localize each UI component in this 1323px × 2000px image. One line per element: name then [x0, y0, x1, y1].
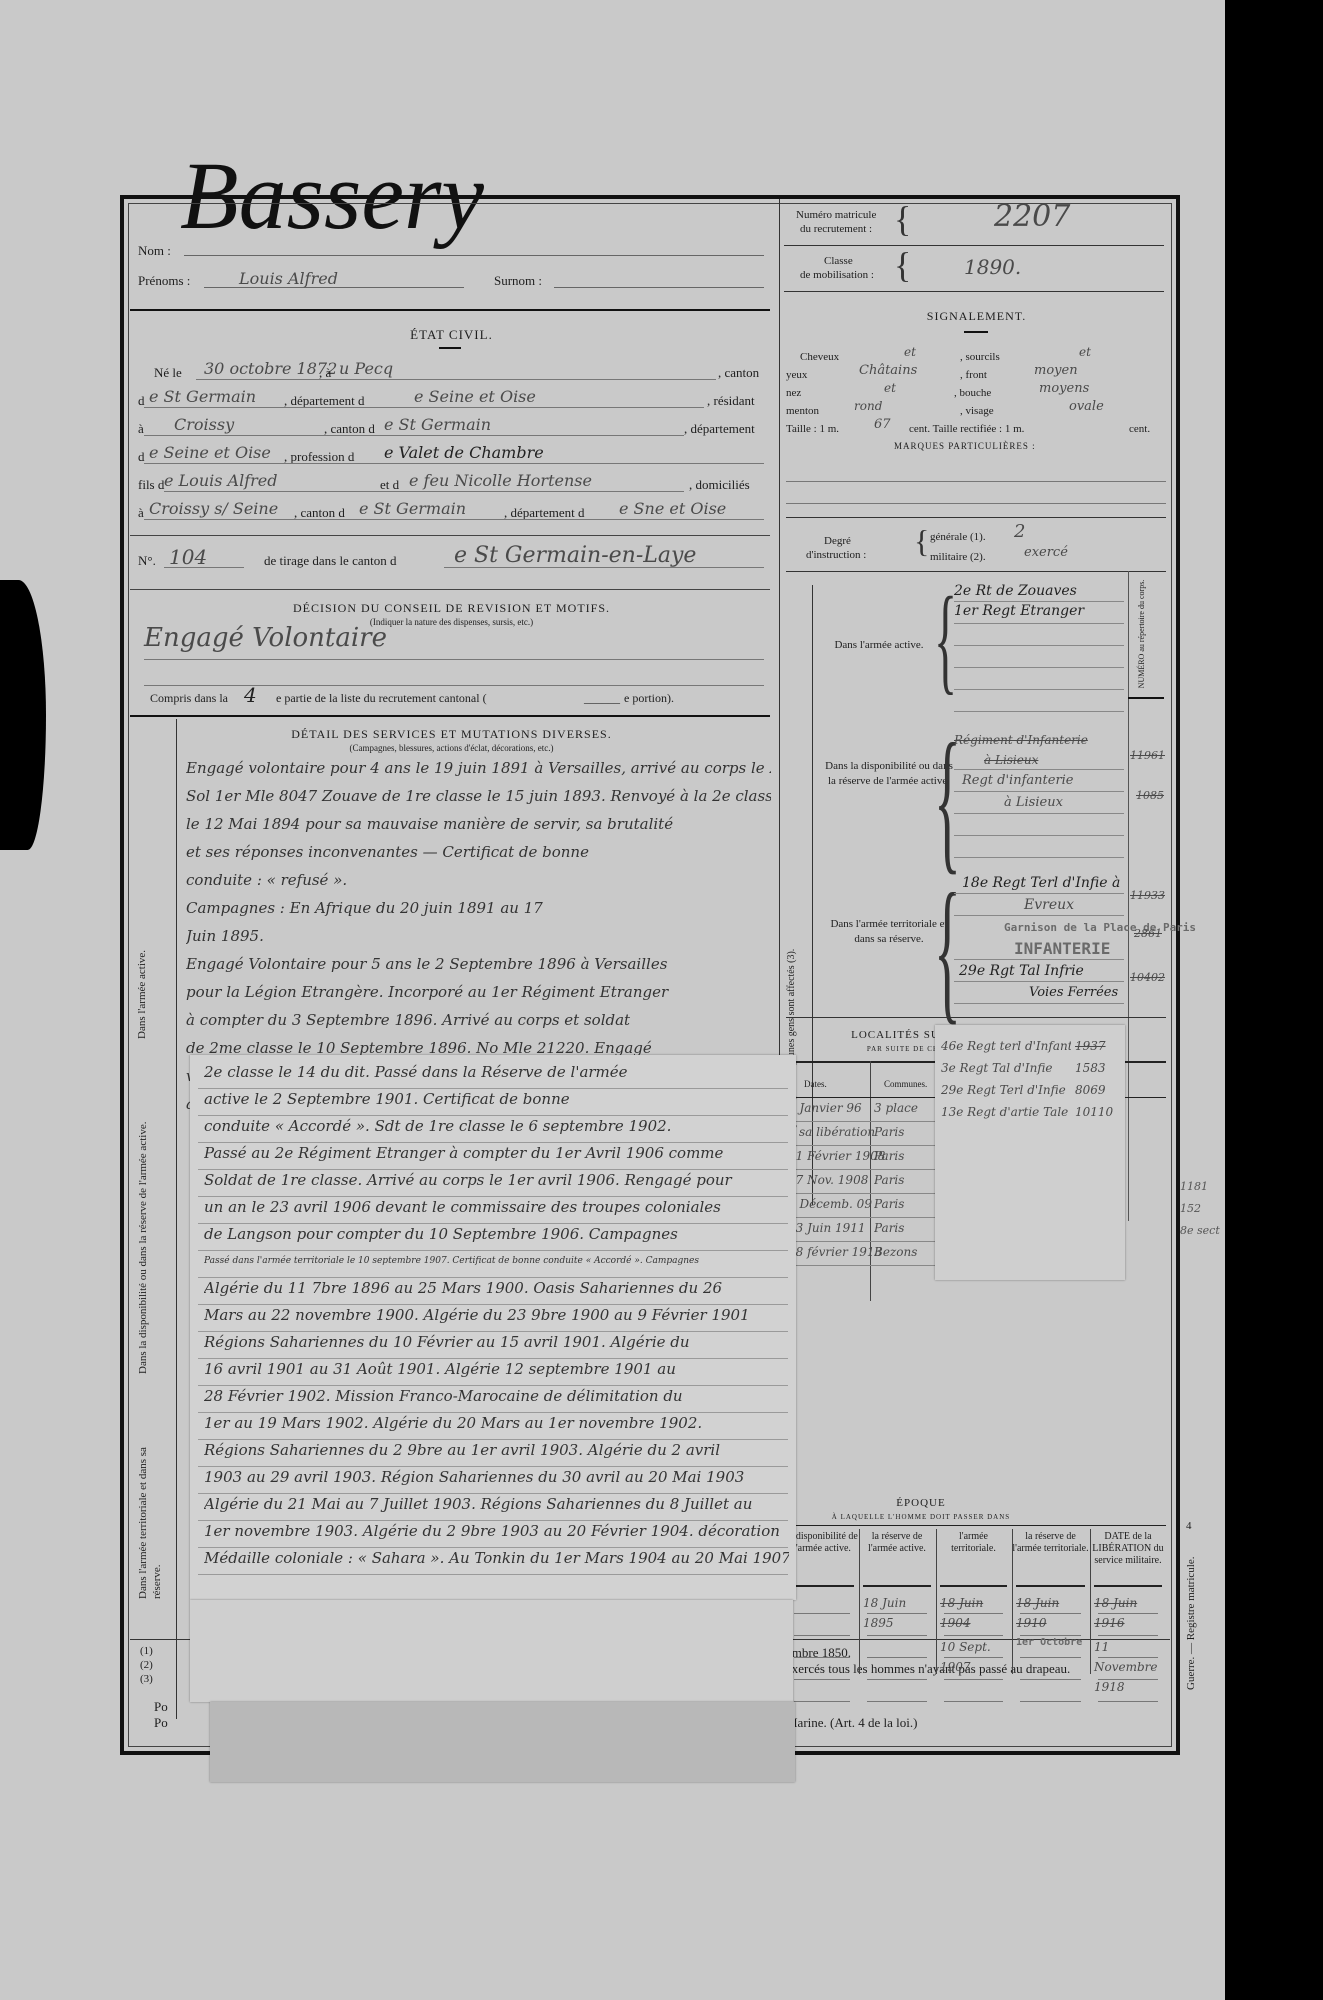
registre-matricule-footer: Guerre. — Registre matricule.	[1185, 1557, 1197, 1690]
tirage-canton-value: e St Germain-en-Laye	[454, 543, 696, 568]
epoque-header: la réserve de l'armée territoriale.	[1012, 1531, 1089, 1555]
localite-date: à sa libération	[788, 1125, 875, 1139]
residant-label: , résidant	[707, 393, 755, 409]
departement2-label: , département	[684, 421, 755, 437]
stamp-garnison: Garnison de la Place de Paris	[1004, 921, 1196, 934]
decision-value: Engagé Volontaire	[144, 623, 387, 653]
epoque-header: DATE de la LIBÉRATION du service militai…	[1090, 1531, 1166, 1567]
localite-commune: Bezons	[874, 1245, 934, 1259]
scan-background	[1225, 0, 1323, 2000]
classe-label-1: Classe	[824, 255, 853, 267]
lieu-naissance: u Pecq	[339, 359, 393, 378]
localite-commune: Paris	[874, 1173, 934, 1187]
epoque-header: la réserve de l'armée active.	[859, 1531, 935, 1555]
territoriale-entry-1: 18e Regt Terl d'Infie à	[962, 875, 1120, 891]
signalement-title: SIGNALEMENT.	[779, 309, 1174, 324]
slip-numero: 8069	[1075, 1083, 1106, 1097]
disponibilite-struck-1: Régiment d'Infanterie	[954, 733, 1088, 747]
register-page: Bassery Nom : Prénoms : Louis Alfred Sur…	[0, 0, 1225, 2000]
tirage-no-value: 104	[169, 545, 207, 569]
disponibilite-struck-2: à Lisieux	[984, 753, 1038, 767]
fils-de-label: fils d	[138, 477, 164, 493]
localite-date: 21 Février 1908	[788, 1149, 885, 1163]
a-prefix: à	[138, 421, 144, 437]
regiment-slip: 46e Regt terl d'Infanterie19373e Regt Ta…	[935, 1025, 1125, 1280]
attached-note-card: 2e classe le 14 du dit. Passé dans la Ré…	[190, 1055, 796, 1600]
territoriale-entry-4: Voies Ferrées	[1029, 985, 1118, 1000]
note-line: Mars au 22 novembre 1900. Algérie du 23 …	[204, 1302, 789, 1329]
localite-commune: Paris	[874, 1149, 934, 1163]
stamp-infanterie: INFANTERIE	[1014, 939, 1110, 958]
departement2-value: e Seine et Oise	[149, 443, 271, 462]
cheveux-label: Cheveux	[800, 351, 839, 363]
slip-corps: 46e Regt terl d'Infanterie	[941, 1039, 1071, 1053]
canton2-value: e St Germain	[384, 415, 491, 434]
slip-margin-number: 1181	[1180, 1180, 1208, 1193]
slip-numero: 10110	[1075, 1105, 1113, 1119]
note-line: Algérie du 11 7bre 1896 au 25 Mars 1900.…	[204, 1275, 789, 1302]
footnote-line-1: embre 1850.	[786, 1645, 851, 1661]
epoque-header: l'armée territoriale.	[936, 1531, 1011, 1555]
canton-label: , canton	[718, 365, 759, 381]
localite-commune: Paris	[874, 1221, 934, 1235]
tirage-label: de tirage dans le canton d	[264, 553, 396, 569]
canton3-value: e St Germain	[359, 499, 466, 518]
front-value: moyen	[1034, 363, 1078, 378]
territoriale-numero-3: 10402	[1130, 971, 1165, 984]
a2-prefix: à	[138, 505, 144, 521]
sourcils-label: , sourcils	[960, 351, 1000, 363]
sourcils-value: et	[1079, 345, 1091, 359]
localite-commune: Paris	[874, 1125, 934, 1139]
localite-date: 6 Décemb. 09	[788, 1197, 872, 1211]
localite-date: 13 Juin 1911	[788, 1221, 866, 1235]
bouche-value: moyens	[1039, 381, 1089, 396]
numero-matricule-value: 2207	[994, 199, 1070, 234]
epoque-stamp: 1er Octobre	[1016, 1637, 1082, 1648]
compris-label: Compris dans la	[150, 691, 228, 706]
note-line: 2e classe le 14 du dit. Passé dans la Ré…	[204, 1059, 789, 1086]
slip-margin-number: 152	[1180, 1202, 1201, 1215]
canton-value: e St Germain	[149, 387, 256, 406]
pere-value: e Louis Alfred	[164, 471, 277, 490]
front-label: , front	[960, 369, 987, 381]
generale-label: générale (1).	[930, 531, 986, 543]
militaire-value: exercé	[1024, 545, 1068, 560]
marques-label: MARQUES PARTICULIÈRES :	[894, 441, 1036, 451]
taille-value: 67	[874, 417, 891, 432]
militaire-label: militaire (2).	[930, 551, 986, 563]
prenoms-value: Louis Alfred	[239, 269, 338, 288]
degre-label-2: d'instruction :	[806, 549, 866, 561]
localite-date: 17 Nov. 1908	[788, 1173, 868, 1187]
localite-commune: 3 place	[874, 1101, 934, 1115]
disponibilite-numero-1: 11961	[1130, 749, 1165, 762]
note-line: 16 avril 1901 au 31 Août 1901. Algérie 1…	[204, 1356, 789, 1383]
date-naissance: 30 octobre 1872	[204, 359, 337, 378]
page-mark: 4	[1186, 1520, 1192, 1532]
visage-label: , visage	[960, 405, 994, 417]
note-line: Régions Sahariennes du 10 Février au 15 …	[204, 1329, 789, 1356]
active-entry-2: 1er Regt Etranger	[954, 603, 1084, 619]
note-line: 1903 au 29 avril 1903. Région Saharienne…	[204, 1464, 789, 1491]
footnote-2: (2)	[140, 1659, 153, 1671]
domicile-value: Croissy s/ Seine	[149, 499, 278, 518]
note-line: Algérie du 21 Mai au 7 Juillet 1903. Rég…	[204, 1491, 789, 1518]
blank-slip	[190, 1600, 793, 1702]
active-label: Dans l'armée active.	[824, 639, 934, 651]
epoque-header: la disponibilité de l'armée active.	[786, 1531, 858, 1555]
menton-value: rond	[854, 399, 882, 413]
note-line: un an le 23 avril 1906 devant le commiss…	[204, 1194, 789, 1221]
territoriale-entry-3: 29e Rgt Tal Infrie	[959, 963, 1084, 979]
menton-label: menton	[786, 405, 819, 417]
margin-label-active: Dans l'armée active.	[136, 950, 148, 1039]
yeux-label: yeux	[786, 369, 807, 381]
disponibilite-numero-2: 1085	[1136, 789, 1164, 802]
footnote-po-1: Po	[154, 1699, 168, 1715]
slip-numero: 1583	[1075, 1061, 1106, 1075]
cheveux-value: et	[904, 345, 916, 359]
classe-label-2: de mobilisation :	[800, 269, 874, 281]
territoriale-numero-1: 11933	[1130, 889, 1165, 902]
communes-header: Communes.	[884, 1079, 927, 1089]
note-line: 1er novembre 1903. Algérie du 2 9bre 190…	[204, 1518, 789, 1545]
nom-label: Nom :	[138, 243, 171, 259]
slip-corps: 13e Regt d'artie Tale	[941, 1105, 1071, 1119]
nez-value: et	[884, 381, 896, 395]
yeux-value: Châtains	[859, 363, 917, 378]
note-line: de Langson pour compter du 10 Septembre …	[204, 1221, 789, 1248]
departement-value: e Seine et Oise	[414, 387, 536, 406]
numero-label-2: du recrutement :	[800, 223, 872, 235]
localite-date: 7 Janvier 96	[788, 1101, 862, 1115]
services-subtitle: (Campagnes, blessures, actions d'éclat, …	[124, 743, 779, 753]
profession-value: e Valet de Chambre	[384, 443, 544, 462]
localite-commune: Paris	[874, 1197, 934, 1211]
disponibilite-entry-2: à Lisieux	[1004, 795, 1063, 810]
slip-corps: 3e Regt Tal d'Infie	[941, 1061, 1071, 1075]
footnote-line-2: exercés tous les hommes n'ayant pas pass…	[786, 1661, 1070, 1677]
cent-label: cent.	[1129, 423, 1150, 435]
slip-corps: 29e Regt Terl d'Infie	[941, 1083, 1071, 1097]
taille-label: Taille : 1 m.	[786, 423, 839, 435]
note-line: Soldat de 1re classe. Arrivé au corps le…	[204, 1167, 789, 1194]
degre-label-1: Degré	[824, 535, 851, 547]
bouche-label: , bouche	[954, 387, 991, 399]
footnote-line-4: Marine. (Art. 4 de la loi.)	[786, 1715, 917, 1731]
note-line: Passé dans l'armée territoriale le 10 se…	[204, 1248, 789, 1275]
compris-value: 4	[244, 683, 257, 707]
visage-value: ovale	[1069, 399, 1104, 414]
note-line: Régions Sahariennes du 2 9bre au 1er avr…	[204, 1437, 789, 1464]
margin-label-territoriale: Dans l'armée territoriale et dans sa rés…	[136, 1439, 164, 1599]
taille-rectifiee-label: cent. Taille rectifiée : 1 m.	[909, 423, 1024, 435]
note-line: Passé au 2e Régiment Etranger à compter …	[204, 1140, 789, 1167]
note-line: 28 Février 1902. Mission Franco-Marocain…	[204, 1383, 789, 1410]
territoriale-entry-2: Evreux	[1024, 897, 1074, 913]
epoque-title: ÉPOQUE	[786, 1497, 1056, 1509]
surnom-label: Surnom :	[494, 273, 542, 289]
note-line: conduite « Accordé ». Sdt de 1re classe …	[204, 1113, 789, 1140]
note-line: Médaille coloniale : « Sahara ». Au Tonk…	[204, 1545, 789, 1572]
territoriale-numero-2: 2861	[1134, 927, 1162, 940]
prenoms-label: Prénoms :	[138, 273, 190, 289]
compris-suffix: e partie de la liste du recrutement cant…	[276, 691, 487, 706]
blank-slip-back	[210, 1702, 795, 1782]
note-line: active le 2 Septembre 1901. Certificat d…	[204, 1086, 789, 1113]
footnote-3: (3)	[140, 1673, 153, 1685]
footnote-1: (1)	[140, 1645, 153, 1657]
slip-numero: 1937	[1075, 1039, 1106, 1053]
epoque-subtitle: À LAQUELLE L'HOMME DOIT PASSER DANS	[786, 1513, 1056, 1521]
nez-label: nez	[786, 387, 801, 399]
numero-repertoire-header: NUMÉRO au répertoire du corps.	[1136, 579, 1147, 689]
slip-margin-number: 8e sect	[1180, 1224, 1220, 1237]
etat-civil-title: ÉTAT CIVIL.	[124, 327, 779, 343]
active-entry-1: 2e Rt de Zouaves	[954, 583, 1077, 599]
mere-value: e feu Nicolle Hortense	[409, 471, 592, 490]
portion-suffix: e portion).	[624, 691, 674, 706]
classe-value: 1890.	[964, 255, 1021, 279]
dates-header: Dates.	[804, 1079, 827, 1089]
epoque-value: 11 Novembre 1918	[1094, 1637, 1164, 1697]
conseil-title: DÉCISION DU CONSEIL DE REVISION ET MOTIF…	[124, 601, 779, 616]
localite-date: 18 février 1913	[788, 1245, 882, 1259]
footnote-po-2: Po	[154, 1715, 168, 1731]
numero-label-1: Numéro matricule	[796, 209, 876, 221]
departement3-value: e Sne et Oise	[619, 499, 726, 518]
tirage-no-label: N°.	[138, 553, 156, 569]
services-title: DÉTAIL DES SERVICES ET MUTATIONS DIVERSE…	[124, 727, 779, 742]
residence-value: Croissy	[174, 415, 234, 434]
disponibilite-entry-1: Regt d'infanterie	[962, 773, 1074, 788]
generale-value: 2	[1014, 521, 1025, 542]
margin-label-disponibilite: Dans la disponibilité ou dans la réserve…	[136, 1114, 150, 1374]
ne-le-label: Né le	[154, 365, 182, 381]
note-line: 1er au 19 Mars 1902. Algérie du 20 Mars …	[204, 1410, 789, 1437]
torn-edge	[0, 580, 46, 850]
domicilies-label: , domiciliés	[689, 477, 750, 493]
